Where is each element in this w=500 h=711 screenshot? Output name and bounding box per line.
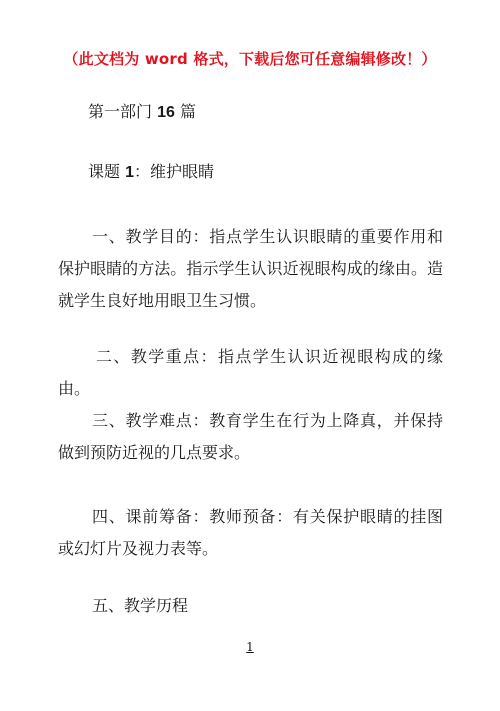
paragraph-preparation: 四、课前筹备：教师预备：有关保护眼睛的挂图或幻灯片及视力表等。	[58, 501, 443, 565]
paragraph-key-points: 二、教学重点：指点学生认识近视眼构成的缘由。	[58, 341, 443, 405]
paragraph-difficulties: 三、教学难点：教育学生在行为上降真，并保持做到预防近视的几点要求。	[58, 405, 443, 469]
section-number: 16	[157, 104, 175, 121]
editable-notice: （此文档为 word 格式，下载后您可任意编辑修改！）	[0, 48, 500, 69]
section-suffix: 篇	[180, 102, 196, 121]
section-prefix: 第一部门	[88, 102, 152, 121]
lesson-name: ：维护眼睛	[134, 162, 214, 181]
page-number: 1	[0, 640, 500, 654]
section-heading: 第一部门 16 篇	[88, 96, 196, 129]
paragraph-objectives: 一、教学目的：指点学生认识眼睛的重要作用和保护眼睛的方法。指示学生认识近视眼构成…	[58, 221, 443, 317]
lesson-prefix: 课题	[88, 162, 120, 181]
paragraph-process-heading: 五、教学历程	[58, 590, 443, 622]
lesson-number: 1	[125, 164, 134, 181]
lesson-title: 课题 1：维护眼睛	[88, 156, 214, 189]
